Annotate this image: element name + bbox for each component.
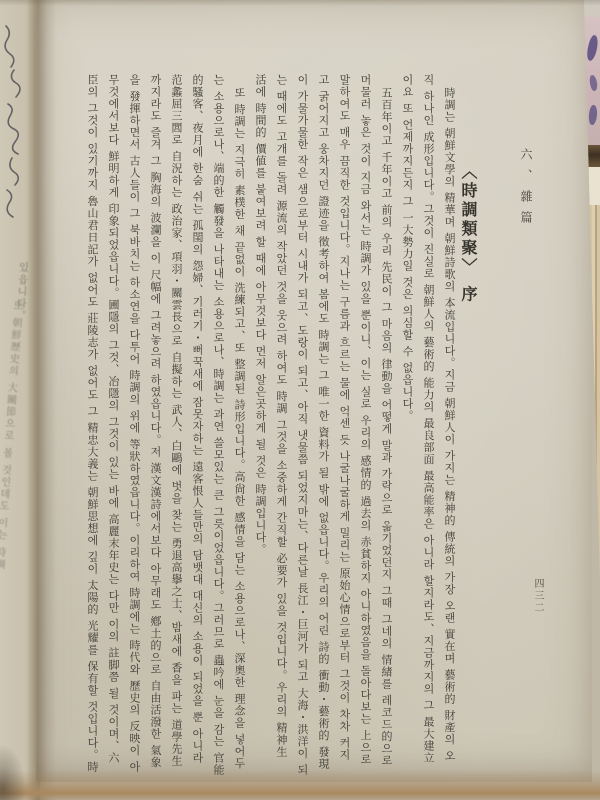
text-column: 的騷客、夜月에 한숨 쉬는 孤閨의 怨婦、기러기・뻐꾹새에 잠못자하는 遠客恨人…	[187, 74, 208, 782]
text-column: 까지라도 즐겨 그 胸海의 波瀾을 이 尺幅에 그려놓으려 하였읍니다。저 漢文…	[145, 74, 166, 782]
text-column: 時調는 朝鮮文學의 精華며 朝鮮詩歌의 本流입니다。지금 朝鮮人이 가지는 精神…	[439, 74, 460, 782]
text-column: 는 때에도 고개를 돌려 源流의 작았던 것을 웃으려 하여도 時調 그것을 소…	[271, 74, 292, 782]
ink-stain	[589, 75, 598, 92]
page-title: 〈時調類聚〉 序	[457, 163, 480, 305]
text-column: 五百年이고 千年이고 前의 우리 先民이 그 마음의 律動을 어떻게 말과 가락…	[376, 74, 397, 782]
text-column: 范蠡屈三閭로 自況하는 政治家、項羽・關雲長으로 自擬하는 武人、白鷗에 벗을 …	[166, 74, 187, 782]
ink-stain	[585, 34, 599, 61]
text-column: 고 굵어지고 웅차지던 證迹을 徵考하여 봄에도 時調는 그 唯一한 資料가 될…	[313, 74, 334, 782]
handwriting-marks	[0, 18, 34, 238]
text-column: 또 時調는 지극히 素樸한 채 끝없이 洗練되고、또 整調된 詩形입니다。高尙한…	[229, 74, 250, 782]
text-column: 는 소용으로나、端的한 觸發을 나타내는 소용으로나、時調는 과연 쓸모있는 큰…	[208, 74, 229, 782]
text-column: 이요 또 언제까지든지 그 一大勢力일 것은 의심할 수 없읍니다。	[397, 74, 418, 782]
book-page: 六、雜篇 〈時調類聚〉 序 時調는 朝鮮文學의 精華며 朝鮮詩歌의 本流입니다。…	[36, 0, 592, 782]
ink-stain	[588, 105, 598, 126]
facing-page: 있읍니다。 또 朝鮮歷史의 大關節으로 볼 것인데도 이는 時調	[0, 0, 40, 800]
text-column: 무것에서보다 鮮明하게 印象되었읍니다。圃隱의 그것、冶隱의 그것이 있는 바에…	[103, 74, 124, 782]
text-column: 말하여도 매우 끔직한 것입니다。지나는 구름과 흐르는 물에 억센 듯 나굴나…	[334, 74, 355, 782]
page-edge-sliver	[584, 0, 600, 17]
text-column: 活에 時間的 價値를 붙여보려 할 때에 아무것보다 먼저 알은곳하게 될 것은…	[250, 74, 271, 782]
text-column: 이 가물가물한 작은 샘으로부터 시내가 되고、도랑이 되고、아직 냇물쯤 되었…	[292, 74, 313, 782]
text-column: 을 發揮하면서 古人들이 그 북바치는 하소연을 다투어 時調의 위에 等狀하였…	[124, 74, 145, 782]
book-page-scan: 있읍니다。 또 朝鮮歷史의 大關節으로 볼 것인데도 이는 時調 六、雜篇 〈時…	[0, 0, 600, 800]
text-column: 臣의 그것이 있기까지 魯山君日記가 없어도 莊陵志가 없어도 그 精忠大義는 …	[82, 74, 103, 782]
page-number: 四三二	[530, 578, 545, 614]
text-column: 머물러 놓은 것이 지금 와서는 時調가 있을 뿐이니、이는 실로 우리의 感情…	[355, 74, 376, 782]
facing-page-text-fragment: 또 朝鮮歷史의 大關節으로 볼 것인데도 이는 時調	[0, 300, 23, 571]
body-text: 時調는 朝鮮文學의 精華며 朝鮮詩歌의 本流입니다。지금 朝鮮人이 가지는 精神…	[56, 74, 460, 782]
section-header: 六、雜篇	[518, 148, 535, 232]
text-column: 직 하나인 成形입니다。그것이 진실로 朝鮮人의 藝術的 能力의 最良部面 最高…	[418, 74, 439, 782]
